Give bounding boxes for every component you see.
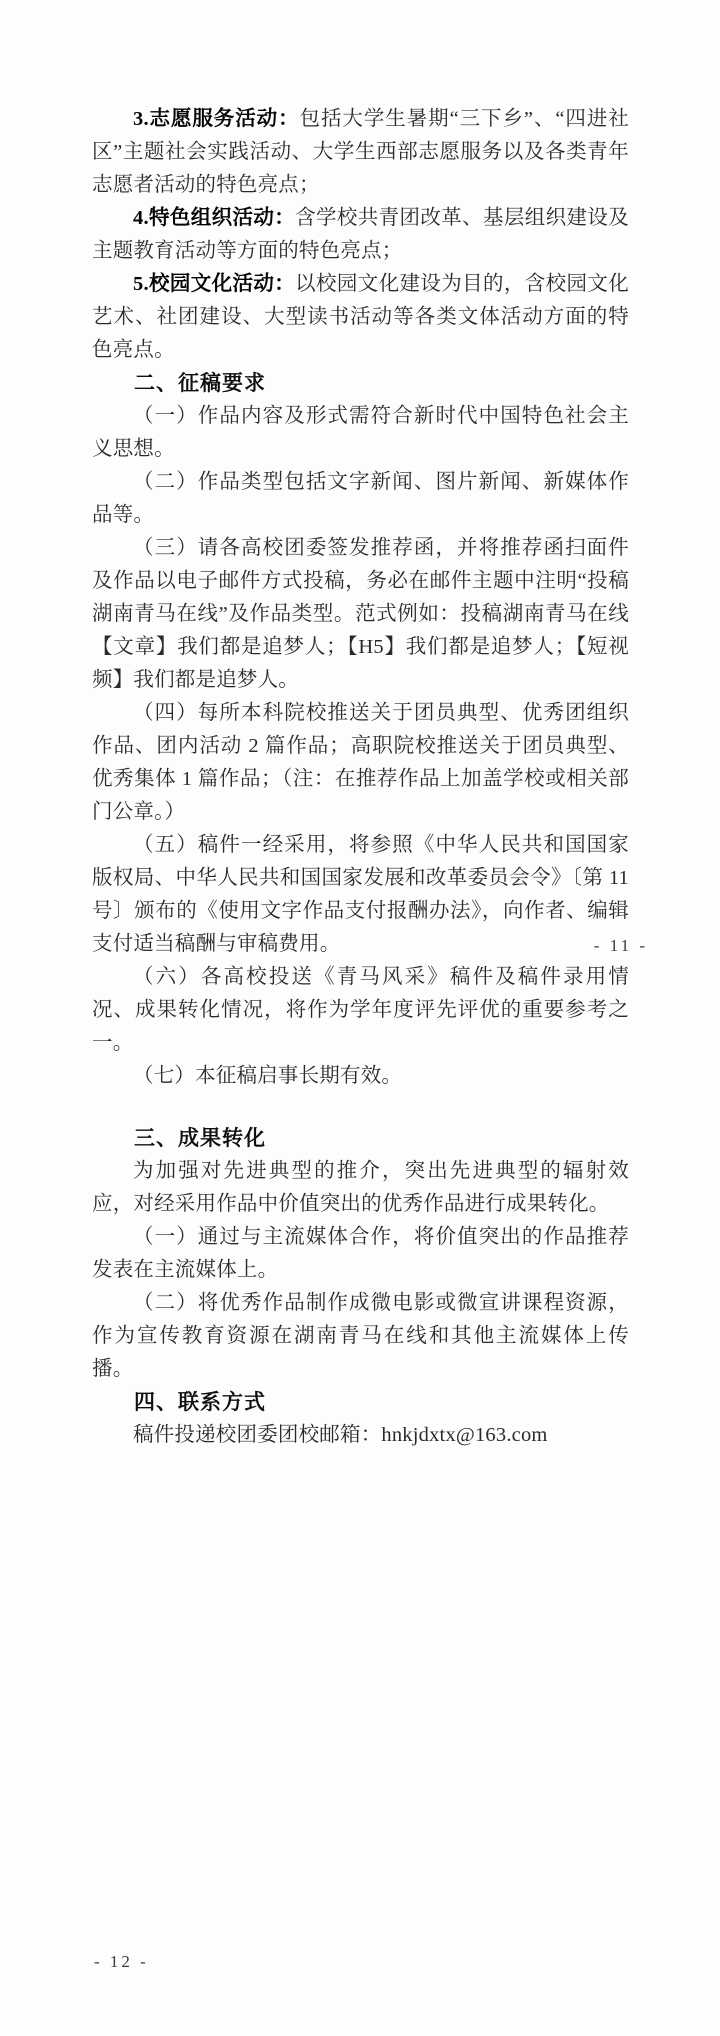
paragraph-lead: 4.特色组织活动： <box>133 207 295 229</box>
paragraph-lead: 5.校园文化活动： <box>133 273 295 295</box>
paragraph: （七）本征稿启事长期有效。 <box>92 1060 629 1093</box>
paragraph: 为加强对先进典型的推介，突出先进典型的辐射效应，对经采用作品中价值突出的优秀作品… <box>92 1155 629 1221</box>
paragraph: （五）稿件一经采用，将参照《中华人民共和国国家版权局、中华人民共和国国家发展和改… <box>92 829 629 961</box>
paragraph: 稿件投递校团委团校邮箱：hnkjdxtx@163.com <box>92 1419 629 1452</box>
paragraph: （四）每所本科院校推送关于团员典型、优秀团组织作品、团内活动 2 篇作品；高职院… <box>92 697 629 829</box>
section-heading: 二、征稿要求 <box>92 367 629 400</box>
paragraph: 3.志愿服务活动：包括大学生暑期“三下乡”、“四进社区”主题社会实践活动、大学生… <box>92 103 629 202</box>
section-heading: 四、联系方式 <box>92 1386 629 1419</box>
page-number-12: - 12 - <box>94 1952 149 1972</box>
paragraph-lead: 3.志愿服务活动： <box>133 108 300 130</box>
paragraph: （二）作品类型包括文字新闻、图片新闻、新媒体作品等。 <box>92 466 629 532</box>
paragraph: 5.校园文化活动：以校园文化建设为目的，含校园文化艺术、社团建设、大型读书活动等… <box>92 268 629 367</box>
paragraph: （六）各高校投送《青马风采》稿件及稿件录用情况、成果转化情况，将作为学年度评先评… <box>92 961 629 1060</box>
document-canvas: 3.志愿服务活动：包括大学生暑期“三下乡”、“四进社区”主题社会实践活动、大学生… <box>0 0 720 2036</box>
paragraph: 4.特色组织活动：含学校共青团改革、基层组织建设及主题教育活动等方面的特色亮点； <box>92 202 629 268</box>
paragraph: （三）请各高校团委签发推荐函，并将推荐函扫面件及作品以电子邮件方式投稿，务必在邮… <box>92 532 629 697</box>
page-2-content: 三、成果转化为加强对先进典型的推介，突出先进典型的辐射效应，对经采用作品中价值突… <box>92 1122 629 1452</box>
section-heading: 三、成果转化 <box>92 1122 629 1155</box>
paragraph: （一）通过与主流媒体合作，将价值突出的作品推荐发表在主流媒体上。 <box>92 1221 629 1287</box>
page-number-11: - 11 - <box>594 936 648 956</box>
paragraph: （二）将优秀作品制作成微电影或微宣讲课程资源，作为宣传教育资源在湖南青马在线和其… <box>92 1287 629 1386</box>
paragraph: （一）作品内容及形式需符合新时代中国特色社会主义思想。 <box>92 400 629 466</box>
page-1-content: 3.志愿服务活动：包括大学生暑期“三下乡”、“四进社区”主题社会实践活动、大学生… <box>92 103 629 1093</box>
